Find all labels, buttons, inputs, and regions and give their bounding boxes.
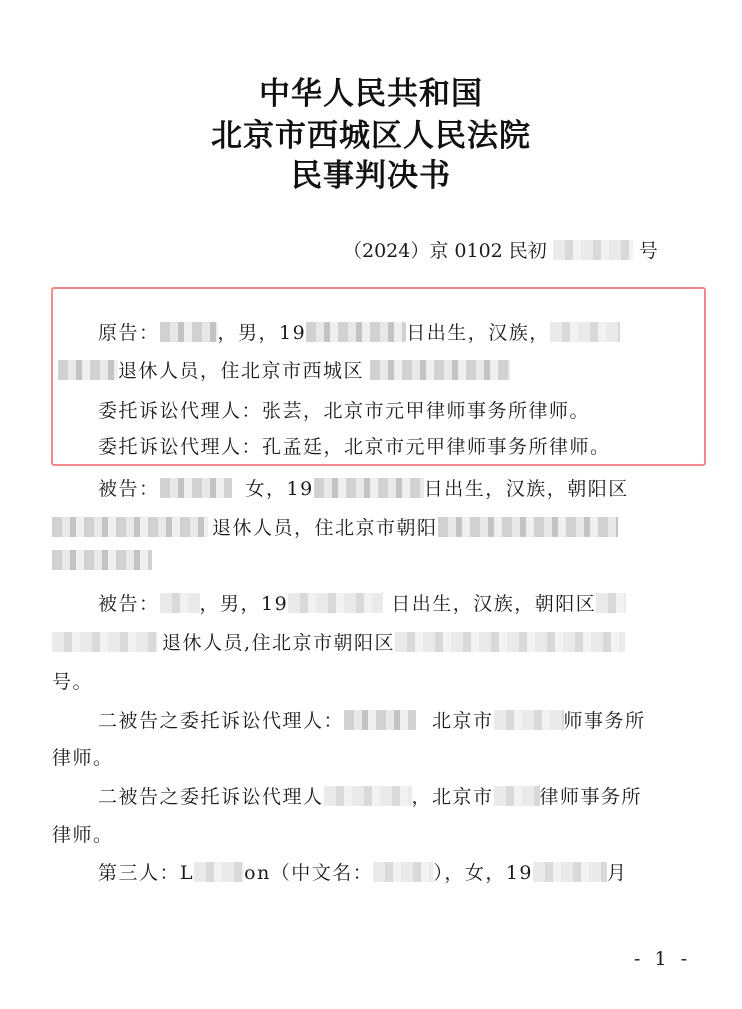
redacted-block bbox=[494, 710, 564, 730]
redacted-block bbox=[550, 322, 620, 342]
plaintiff-agent-2: 委托诉讼代理人：孔孟廷，北京市元甲律师事务所律师。 bbox=[98, 432, 611, 459]
redacted-block bbox=[160, 593, 200, 613]
plaintiff-line-2: 退休人员，住北京市西城区 bbox=[58, 356, 510, 383]
plaintiff-agent-1: 委托诉讼代理人：张芸，北京市元甲律师事务所律师。 bbox=[98, 396, 590, 423]
defendant-agent1-line-1: 二被告之委托诉讼代理人：北京市师事务所 bbox=[98, 706, 646, 733]
defendant2-line-2: 退休人员,住北京市朝阳区 bbox=[52, 628, 625, 655]
redacted-block bbox=[438, 517, 618, 537]
defendant-agent2-line-1: 二被告之委托诉讼代理人，北京市律师事务所 bbox=[98, 782, 642, 809]
redacted-block bbox=[160, 478, 232, 498]
case-number-prefix: （2024）京 0102 民初 bbox=[343, 240, 547, 262]
defendant-agent1-line-2: 律师。 bbox=[52, 743, 114, 770]
redacted-block bbox=[306, 322, 406, 342]
case-number: （2024）京 0102 民初号 bbox=[343, 236, 658, 263]
defendant1-line-1: 被告：女，19日出生，汉族，朝阳区 bbox=[98, 474, 629, 501]
redacted-block bbox=[344, 710, 416, 730]
redacted-block bbox=[52, 517, 208, 537]
redacted-block bbox=[52, 550, 152, 570]
redacted-block bbox=[395, 632, 625, 652]
document-type: 民事判决书 bbox=[0, 150, 742, 195]
defendant1-line-3 bbox=[52, 550, 152, 572]
defendant-agent2-line-2: 律师。 bbox=[52, 820, 114, 847]
defendant2-line-1: 被告：，男，19日出生，汉族，朝阳区 bbox=[98, 589, 626, 616]
defendant2-line-3: 号。 bbox=[52, 667, 93, 694]
redacted-block bbox=[160, 322, 218, 342]
redacted-block bbox=[596, 593, 626, 613]
redacted-block bbox=[373, 862, 433, 882]
redacted-block bbox=[288, 593, 383, 613]
defendant1-line-2: 退休人员，住北京市朝阳 bbox=[52, 513, 618, 540]
court-name-country: 中华人民共和国 bbox=[0, 68, 742, 113]
redacted-block bbox=[194, 862, 244, 882]
third-party-line: 第三人：Lon（中文名：），女，19月 bbox=[98, 858, 628, 885]
redacted-block bbox=[533, 862, 607, 882]
redacted-block bbox=[58, 360, 118, 380]
case-number-suffix: 号 bbox=[639, 240, 658, 262]
plaintiff-line-1: 原告：，男，19日出生，汉族， bbox=[98, 318, 620, 345]
redacted-block bbox=[553, 240, 633, 260]
redacted-block bbox=[324, 786, 412, 806]
redacted-block bbox=[52, 632, 158, 652]
redacted-block bbox=[370, 360, 510, 380]
redacted-block bbox=[314, 478, 424, 498]
court-name: 北京市西城区人民法院 bbox=[0, 110, 742, 155]
redacted-block bbox=[494, 786, 540, 806]
page-number: - 1 - bbox=[634, 948, 691, 970]
